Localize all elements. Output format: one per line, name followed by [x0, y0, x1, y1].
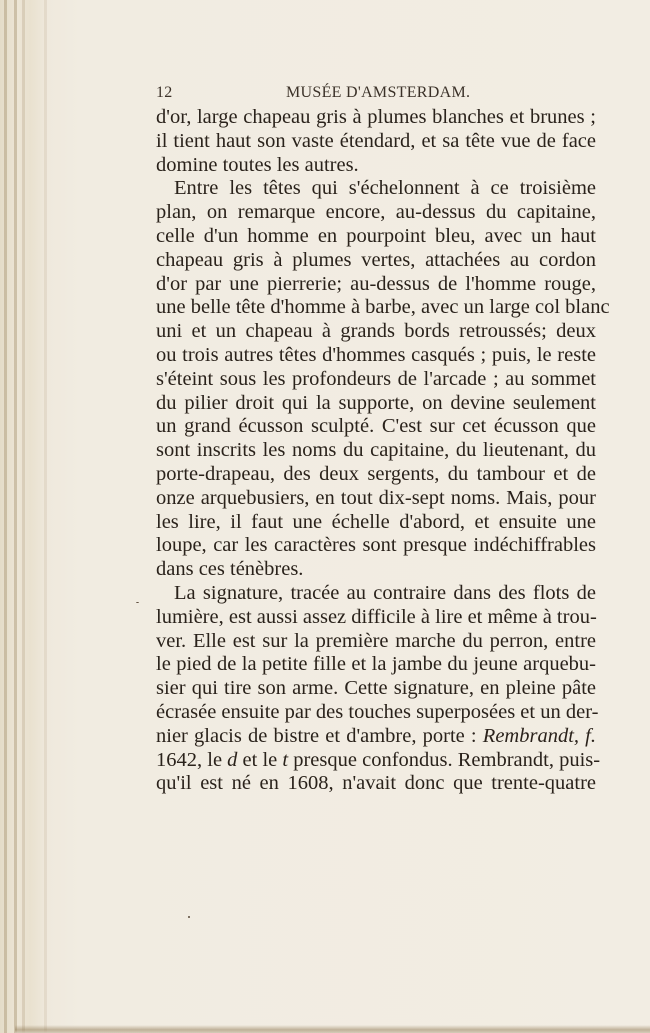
text-line: plan, on remarque encore, au-dessus du c…: [156, 201, 596, 225]
text-line: d'or par une pierrerie; au-dessus de l'h…: [156, 273, 596, 297]
page-edge-line: [14, 0, 17, 1033]
italic-letter-d: d: [227, 749, 237, 771]
text-line: dans ces ténèbres.: [156, 558, 596, 582]
text-segment: nier glacis de bistre et d'ambre, porte …: [156, 725, 483, 747]
text-line: 1642, le d et le t presque confondus. Re…: [156, 749, 596, 773]
text-line: loupe, car les caractères sont presque i…: [156, 534, 596, 558]
text-line: qu'il est né en 1608, n'avait donc que t…: [156, 772, 596, 796]
text-line: s'éteint sous les profondeurs de l'arcad…: [156, 368, 596, 392]
running-head: 12 MUSÉE D'AMSTERDAM.: [156, 84, 596, 106]
text-segment: et le: [237, 749, 282, 771]
paragraph: d'or, large chapeau gris à plumes blanch…: [156, 106, 596, 177]
text-line: uni et un chapeau à grands bords retrous…: [156, 320, 596, 344]
binding-gutter-line: [44, 0, 47, 1033]
text-line: du pilier droit qui la supporte, on devi…: [156, 392, 596, 416]
paragraph: La signature, tracée au contraire dans d…: [156, 582, 596, 796]
text-line: une belle tête d'homme à barbe, avec un …: [156, 296, 596, 320]
text-line: ou trois autres têtes d'hommes casqués ;…: [156, 344, 596, 368]
text-line: La signature, tracée au contraire dans d…: [156, 582, 596, 606]
signature-citation: Rembrandt, f.: [483, 725, 596, 747]
page-edge-line: [22, 0, 25, 1033]
text-line: ver. Elle est sur la première marche du …: [156, 630, 596, 654]
text-line: sier qui tire son arme. Cette signature,…: [156, 677, 596, 701]
page-content: 12 MUSÉE D'AMSTERDAM. d'or, large chapea…: [156, 84, 596, 796]
text-line: lumière, est aussi assez difficile à lir…: [156, 606, 596, 630]
text-segment: presque confondus. Rembrandt, puis-: [288, 749, 600, 771]
text-line: Entre les têtes qui s'échelonnent à ce t…: [156, 177, 596, 201]
text-line: domine toutes les autres.: [156, 154, 596, 178]
text-line: onze arquebusiers, en tout dix-sept noms…: [156, 487, 596, 511]
text-line: écrasée ensuite par des touches superpos…: [156, 701, 596, 725]
book-page: 12 MUSÉE D'AMSTERDAM. d'or, large chapea…: [0, 0, 650, 1033]
text-line: chapeau gris à plumes vertes, attachées …: [156, 249, 596, 273]
paragraph: Entre les têtes qui s'échelonnent à ce t…: [156, 177, 596, 582]
text-line: nier glacis de bistre et d'ambre, porte …: [156, 725, 596, 749]
text-line: celle d'un homme en pourpoint bleu, avec…: [156, 225, 596, 249]
text-line: d'or, large chapeau gris à plumes blanch…: [156, 106, 596, 130]
running-title: MUSÉE D'AMSTERDAM.: [286, 84, 470, 102]
page-number: 12: [156, 84, 173, 102]
text-line: un grand écusson sculpté. C'est sur cet …: [156, 415, 596, 439]
text-line: le pied de la petite fille et la jambe d…: [156, 653, 596, 677]
text-line: il tient haut son vaste étendard, et sa …: [156, 130, 596, 154]
page-bottom-edge: [15, 1025, 650, 1033]
text-segment: 1642, le: [156, 749, 227, 771]
text-line: les lire, il faut une échelle d'abord, e…: [156, 511, 596, 535]
text-line: sont inscrits les noms du capitaine, du …: [156, 439, 596, 463]
text-line: porte-drapeau, des deux sergents, du tam…: [156, 463, 596, 487]
paper-speck: [136, 602, 139, 603]
page-edge-line: [4, 0, 7, 1033]
paper-speck: [188, 916, 190, 918]
